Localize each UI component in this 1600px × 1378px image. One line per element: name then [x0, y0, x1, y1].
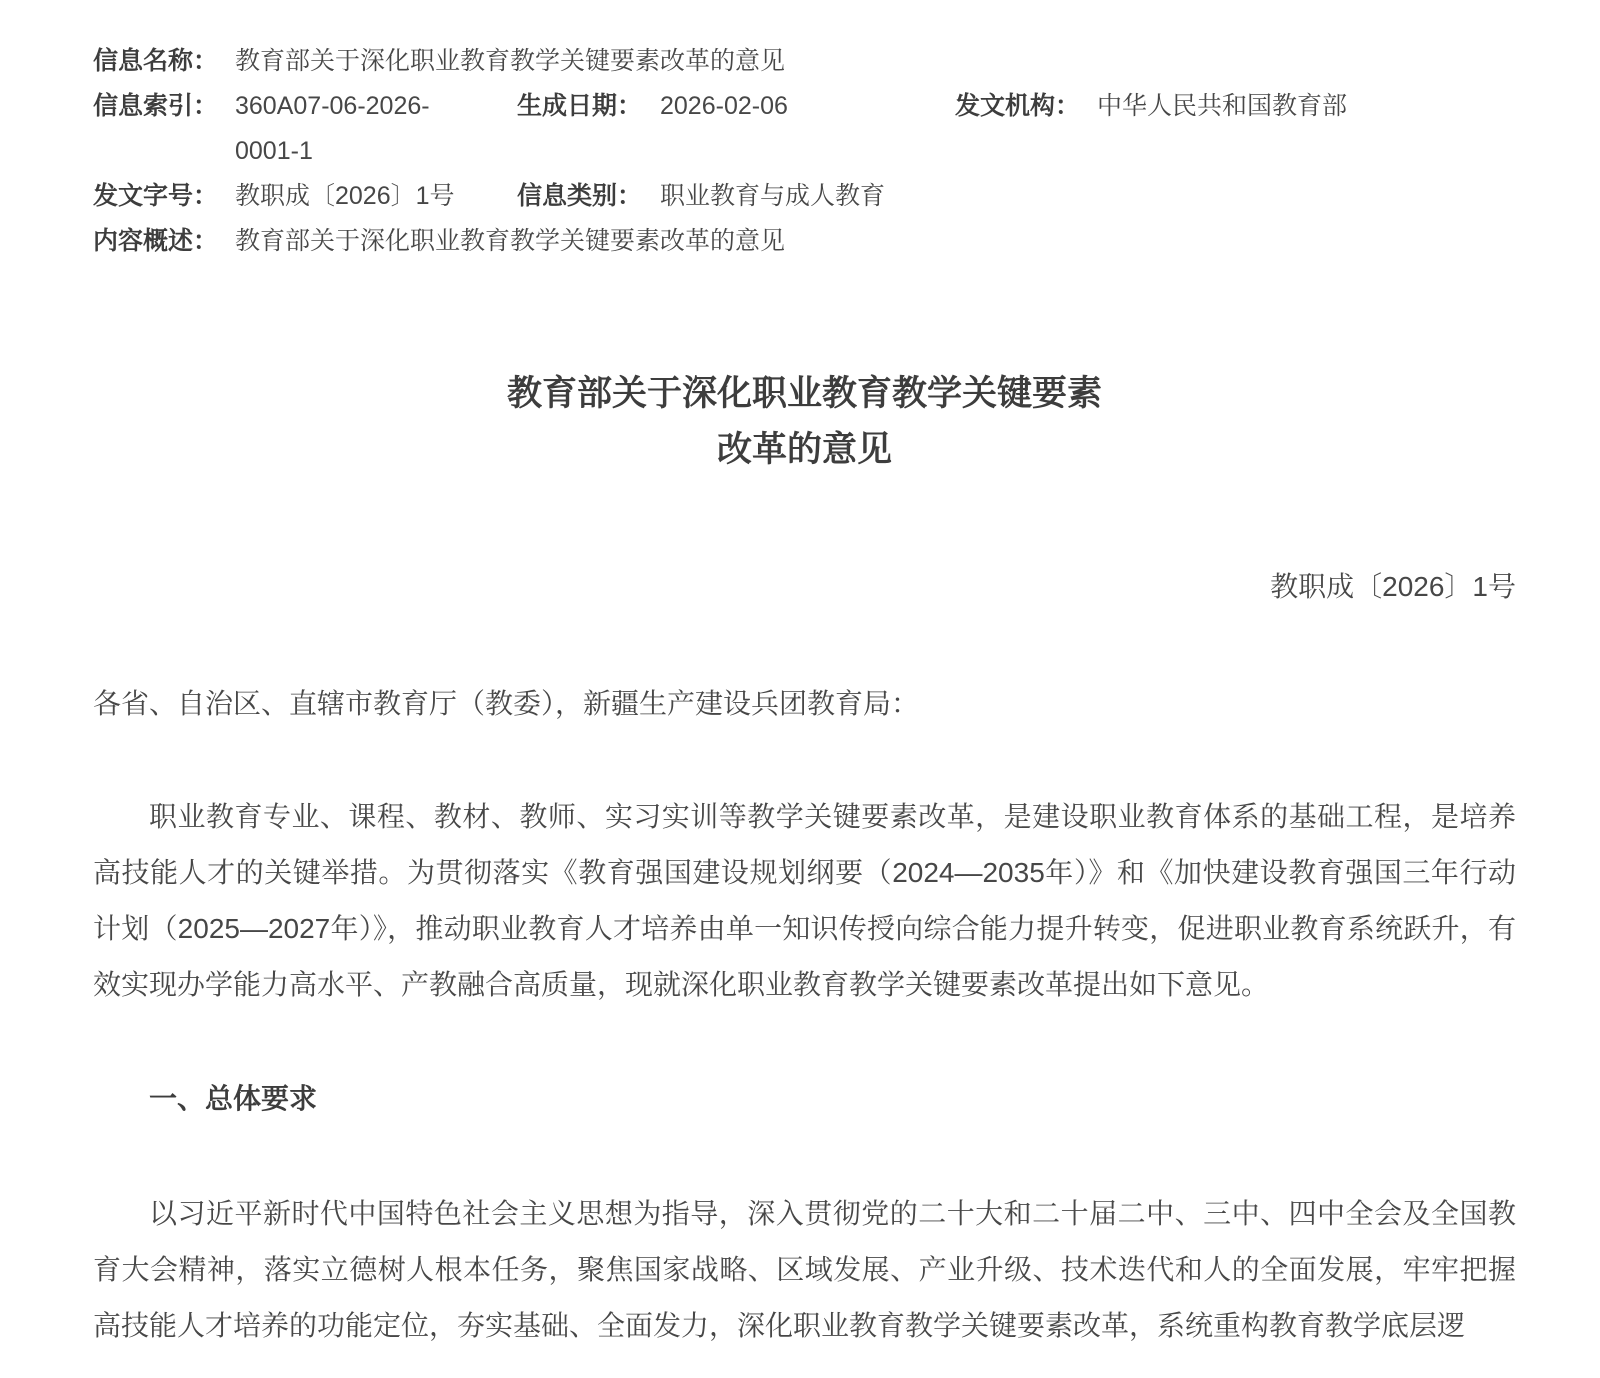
meta-value-info-index: 360A07-06-2026-0001-1 [235, 84, 480, 174]
meta-value-info-category: 职业教育与成人教育 [660, 174, 1516, 219]
document-content: 信息名称： 教育部关于深化职业教育教学关键要素改革的意见 信息索引： 360A0… [0, 0, 1600, 1354]
meta-row-summary: 内容概述： 教育部关于深化职业教育教学关键要素改革的意见 [93, 219, 1516, 264]
meta-value-info-name: 教育部关于深化职业教育教学关键要素改革的意见 [235, 39, 1516, 84]
meta-value-issuing-org: 中华人民共和国教育部 [1097, 84, 1516, 129]
section-1-paragraph: 以习近平新时代中国特色社会主义思想为指导，深入贯彻党的二十大和二十届二中、三中、… [93, 1186, 1516, 1354]
meta-label-doc-number: 发文字号： [93, 174, 235, 219]
meta-value-doc-number: 教职成〔2026〕1号 [235, 174, 517, 219]
document-page: 信息名称： 教育部关于深化职业教育教学关键要素改革的意见 信息索引： 360A0… [0, 0, 1600, 1378]
meta-label-info-name: 信息名称： [93, 39, 235, 84]
meta-label-info-category: 信息类别： [517, 174, 660, 219]
meta-value-gen-date: 2026-02-06 [660, 84, 955, 129]
document-title: 教育部关于深化职业教育教学关键要素改革的意见 [494, 366, 1116, 478]
document-number: 教职成〔2026〕1号 [93, 559, 1516, 615]
meta-label-info-index: 信息索引： [93, 84, 235, 129]
meta-value-summary: 教育部关于深化职业教育教学关键要素改革的意见 [235, 219, 1516, 264]
intro-paragraph: 职业教育专业、课程、教材、教师、实习实训等教学关键要素改革，是建设职业教育体系的… [93, 789, 1516, 1013]
meta-row-number-category: 发文字号： 教职成〔2026〕1号 信息类别： 职业教育与成人教育 [93, 174, 1516, 219]
section-heading-1: 一、总体要求 [93, 1071, 1516, 1127]
meta-row-index-date-org: 信息索引： 360A07-06-2026-0001-1 生成日期： 2026-0… [93, 84, 1516, 174]
meta-label-issuing-org: 发文机构： [955, 84, 1097, 129]
document-meta-table: 信息名称： 教育部关于深化职业教育教学关键要素改革的意见 信息索引： 360A0… [93, 39, 1516, 264]
meta-label-gen-date: 生成日期： [517, 84, 660, 129]
meta-label-summary: 内容概述： [93, 219, 235, 264]
salutation-line: 各省、自治区、直辖市教育厅（教委），新疆生产建设兵团教育局： [93, 676, 1516, 732]
meta-row-info-name: 信息名称： 教育部关于深化职业教育教学关键要素改革的意见 [93, 39, 1516, 84]
